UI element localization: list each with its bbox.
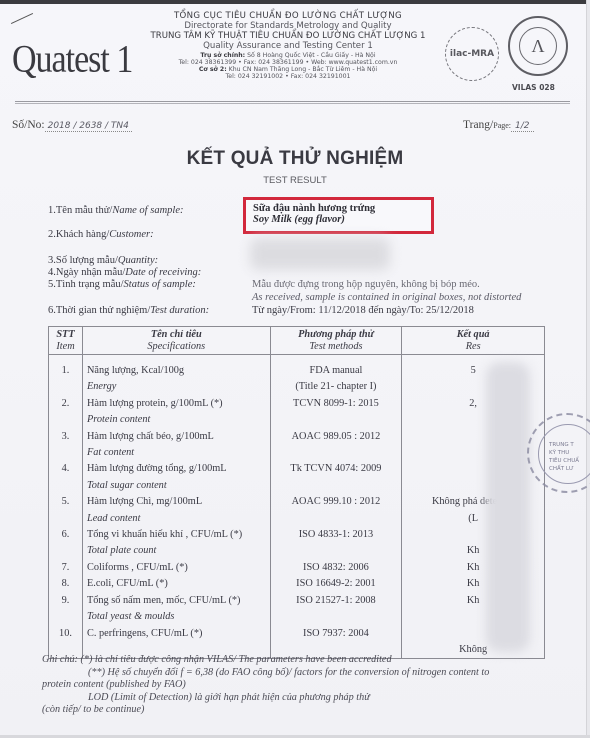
cell-specification: Năng lượng, Kcal/100gEnergy (82, 355, 270, 396)
document-number: Số/No:2018 / 2638 / TN4 (12, 119, 132, 131)
quantity-label: 3.Số lượng mẫu/Quantity: (48, 255, 158, 266)
cell-test-method: AOAC 999.10 : 2012 (270, 494, 402, 527)
cell-test-method: ISO 4832: 2006 (270, 560, 402, 576)
cell-item: 3. (49, 429, 83, 462)
sample-status-en: As received, sample is contained in orig… (252, 292, 521, 303)
results-table: STTItem Tên chỉ tiêuSpecifications Phươn… (48, 326, 545, 659)
cell-specification: Coliforms , CFU/mL (*) (82, 560, 270, 576)
table-row: 3. Hàm lượng chất béo, g/100mLFat conten… (49, 429, 545, 462)
cell-specification: Hàm lượng Chì, mg/100mLLead content (82, 494, 270, 527)
test-duration-label: 6.Thời gian thử nghiệm/Test duration: (48, 305, 209, 316)
cell-item: 8. (49, 576, 83, 592)
header-divider-2 (15, 103, 570, 104)
document-number-value: 2018 / 2638 / TN4 (45, 121, 132, 132)
cell-test-method: AOAC 989.05 : 2012 (270, 429, 402, 462)
sample-status-vn: Mẫu được đựng trong hộp nguyên, không bị… (252, 279, 480, 290)
table-row: 6. Tổng vi khuẩn hiếu khí , CFU/mL (*)To… (49, 527, 545, 560)
table-row: 9. Tổng số nấm men, mốc, CFU/mL (*)Total… (49, 593, 545, 626)
document-title: KẾT QUẢ THỬ NGHIỆM (0, 148, 590, 170)
top-edge (0, 0, 590, 4)
cell-item: 9. (49, 593, 83, 626)
cell-item: 4. (49, 461, 83, 494)
col-header-result: Kết quảRes (402, 327, 545, 355)
page-number: Trang/Page:1/2 (463, 119, 534, 131)
cell-specification: Tổng số nấm men, mốc, CFU/mL (*)Total ye… (82, 593, 270, 626)
cell-item: 5. (49, 494, 83, 527)
org-line2-en: Quality Assurance and Testing Center 1 (138, 42, 438, 52)
receiving-date-label: 4.Ngày nhận mẫu/Date of receiving: (48, 267, 201, 278)
organization-header: TỔNG CỤC TIÊU CHUẨN ĐO LƯỜNG CHẤT LƯỢNG … (138, 12, 438, 80)
note-lod: LOD (Limit of Detection) là giới hạn phá… (42, 692, 562, 705)
cell-specification: Hàm lượng đường tổng, g/100mLTotal sugar… (82, 461, 270, 494)
cell-item: 7. (49, 560, 83, 576)
note-accredited: Ghi chú: (*) là chỉ tiêu được công nhận … (42, 654, 562, 667)
accreditation-a-icon: Λ (519, 27, 557, 65)
branch-contact: Tel: 024 32191002 • Fax: 024 32191001 (138, 73, 438, 80)
note-conversion-factor-cont: protein content (published by FAO) (42, 679, 562, 692)
table-row: 7.Coliforms , CFU/mL (*)ISO 4832: 2006Kh (49, 560, 545, 576)
cell-specification: Hàm lượng protein, g/100mL (*)Protein co… (82, 396, 270, 429)
hq-contact: Tel: 024 38361399 • Fax: 024 38361199 • … (138, 59, 438, 66)
cell-specification: Hàm lượng chất béo, g/100mLFat content (82, 429, 270, 462)
cell-test-method: FDA manual(Title 21- chapter I) (270, 355, 402, 396)
vilas-code: VILAS 028 (512, 83, 555, 92)
redacted-results (486, 362, 530, 652)
col-header-specifications: Tên chỉ tiêuSpecifications (82, 327, 270, 355)
cell-specification: Tổng vi khuẩn hiếu khí , CFU/mL (*)Total… (82, 527, 270, 560)
cell-test-method: TCVN 8099-1: 2015 (270, 396, 402, 429)
document-subtitle: TEST RESULT (0, 175, 590, 186)
table-row: 4. Hàm lượng đường tổng, g/100mLTotal su… (49, 461, 545, 494)
cell-item: 6. (49, 527, 83, 560)
sample-status-label: 5.Tình trạng mẫu/Status of sample: (48, 279, 196, 290)
ilac-mra-seal-icon: ilac-MRA (445, 27, 499, 81)
note-conversion-factor: (**) Hệ số chuyển đổi f = 6,38 (do FAO c… (42, 667, 562, 680)
table-row: 5. Hàm lượng Chì, mg/100mLLead contentAO… (49, 494, 545, 527)
col-header-item: STTItem (49, 327, 83, 355)
customer-label: 2.Khách hàng/Customer: (48, 229, 154, 240)
note-continued: (còn tiếp/ to be continue) (42, 704, 562, 717)
redacted-customer (250, 238, 390, 270)
logo-mark (11, 13, 33, 24)
stamp-text: TRUNG TKỸ THUTIÊU CHUẨCHẤT LƯ (538, 424, 590, 484)
header-divider (15, 101, 570, 102)
cell-test-method: ISO 4833-1: 2013 (270, 527, 402, 560)
bureau-of-accreditation-seal-icon: Λ (508, 16, 568, 76)
notes-section: Ghi chú: (*) là chỉ tiêu được công nhận … (42, 654, 562, 717)
cell-test-method: ISO 16649-2: 2001 (270, 576, 402, 592)
sample-name-vn: Sữa đậu nành hương trứng (253, 203, 431, 214)
cell-specification: E.coli, CFU/mL (*) (82, 576, 270, 592)
cell-test-method: Tk TCVN 4074: 2009 (270, 461, 402, 494)
cell-item: 2. (49, 396, 83, 429)
document-page: Quatest 1 TỔNG CỤC TIÊU CHUẨN ĐO LƯỜNG C… (0, 0, 590, 738)
page-edge (586, 0, 590, 738)
quatest-logo: Quatest 1 (12, 38, 132, 82)
branch-address: Cơ sở 2: Khu CN Nam Thăng Long - Bắc Từ … (138, 66, 438, 73)
sample-name-en: Soy Milk (egg flavor) (253, 214, 431, 225)
table-row: 8.E.coli, CFU/mL (*)ISO 16649-2: 2001Kh (49, 576, 545, 592)
table-header-row: STTItem Tên chỉ tiêuSpecifications Phươn… (49, 327, 545, 355)
cell-item: 1. (49, 355, 83, 396)
table-row: 2. Hàm lượng protein, g/100mL (*)Protein… (49, 396, 545, 429)
table-row: 1. Năng lượng, Kcal/100gEnergyFDA manual… (49, 355, 545, 396)
cell-test-method: ISO 21527-1: 2008 (270, 593, 402, 626)
page-number-value: 1/2 (511, 121, 533, 132)
sample-name-highlight: Sữa đậu nành hương trứng Soy Milk (egg f… (243, 197, 434, 234)
col-header-test-methods: Phương pháp thửTest methods (270, 327, 402, 355)
hq-address: Trụ sở chính: Số 8 Hoàng Quốc Việt - Cầu… (138, 52, 438, 59)
test-duration-value: Từ ngày/From: 11/12/2018 đến ngày/To: 25… (252, 305, 474, 316)
sample-name-label: 1.Tên mẫu thử/Name of sample: (48, 205, 183, 216)
